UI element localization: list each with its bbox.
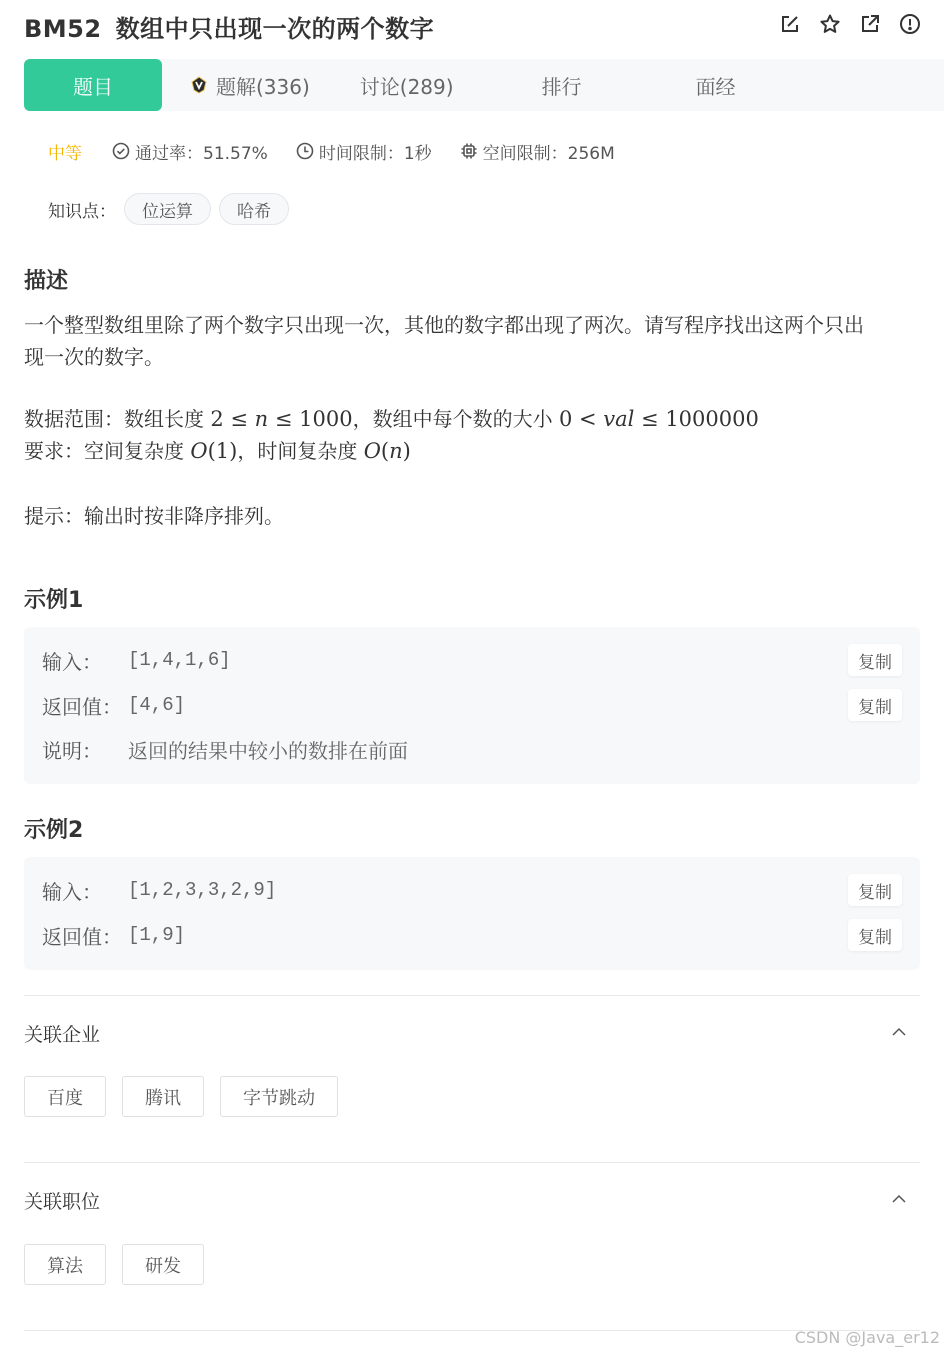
tab-label: 题目 <box>73 71 113 100</box>
share-icon[interactable] <box>858 12 882 36</box>
example-2-heading: 示例2 <box>24 813 83 844</box>
req-mid: ，时间复杂度 <box>237 439 363 463</box>
tab-interview[interactable]: 面经 <box>696 59 736 111</box>
space-limit-text: 空间限制：256M <box>483 139 615 164</box>
input-value: [1,2,3,3,2,9] <box>128 879 276 901</box>
tab-label: 面经 <box>696 71 736 100</box>
problem-code: BM52 <box>24 15 102 43</box>
star-icon[interactable] <box>818 12 842 36</box>
tab-ranking[interactable]: 排行 <box>542 59 582 111</box>
data-range: 数据范围：数组长度 2 ≤ n ≤ 1000，数组中每个数的大小 0 < val… <box>24 403 924 435</box>
output-value: [1,9] <box>128 924 185 946</box>
vip-badge-icon <box>190 76 208 94</box>
company-tag[interactable]: 腾讯 <box>122 1076 204 1117</box>
title-bar: BM52数组中只出现一次的两个数字 <box>24 0 944 52</box>
chip-icon <box>460 142 478 160</box>
divider <box>24 1162 920 1163</box>
difficulty-badge: 中等 <box>48 139 82 164</box>
knowledge-tag[interactable]: 位运算 <box>124 193 211 225</box>
knowledge-points: 知识点： 位运算 哈希 <box>48 193 289 225</box>
input-label: 输入： <box>42 876 128 905</box>
pass-rate-text: 通过率：51.57% <box>135 139 268 164</box>
related-positions-tags: 算法 研发 <box>24 1244 204 1285</box>
related-positions-title: 关联职位 <box>24 1187 100 1214</box>
constraints: 数据范围：数组长度 2 ≤ n ≤ 1000，数组中每个数的大小 0 < val… <box>24 403 924 467</box>
tab-label: 讨论(289) <box>360 71 454 100</box>
range-math: 2 ≤ n ≤ 1000 <box>210 407 352 431</box>
input-value: [1,4,1,6] <box>128 649 231 671</box>
related-companies-tags: 百度 腾讯 字节跳动 <box>24 1076 338 1117</box>
output-label: 返回值： <box>42 921 128 950</box>
input-label: 输入： <box>42 646 128 675</box>
example-input-row: 输入： [1,4,1,6] <box>42 645 231 675</box>
space-complexity: O(1) <box>190 439 237 463</box>
divider <box>24 1330 920 1331</box>
copy-output-button[interactable]: 复制 <box>848 689 902 721</box>
problem-name: 数组中只出现一次的两个数字 <box>116 15 435 43</box>
example-output-row: 返回值： [1,9] <box>42 920 185 950</box>
company-tag[interactable]: 百度 <box>24 1076 106 1117</box>
report-icon[interactable] <box>898 12 922 36</box>
position-tag[interactable]: 研发 <box>122 1244 204 1285</box>
tab-label: 题解(336) <box>216 71 310 100</box>
space-limit: 空间限制：256M <box>460 139 615 164</box>
range-mid: ，数组中每个数的大小 <box>353 407 559 431</box>
example-1-heading: 示例1 <box>24 583 83 614</box>
tab-discussion[interactable]: 讨论(289) <box>360 59 454 111</box>
output-label: 返回值： <box>42 691 128 720</box>
hint-text: 提示：输出时按非降序排列。 <box>24 500 924 532</box>
copy-input-button[interactable]: 复制 <box>848 644 902 676</box>
complexity-requirement: 要求：空间复杂度 O(1)，时间复杂度 O(n) <box>24 435 924 467</box>
related-companies-title: 关联企业 <box>24 1020 100 1047</box>
description-line: 现一次的数字。 <box>24 341 924 373</box>
copy-output-button[interactable]: 复制 <box>848 919 902 951</box>
tab-problem[interactable]: 题目 <box>24 59 162 111</box>
chevron-up-icon[interactable] <box>888 1021 910 1043</box>
time-limit: 时间限制：1秒 <box>296 139 432 164</box>
clock-icon <box>296 142 314 160</box>
example-output-row: 返回值： [4,6] <box>42 690 185 720</box>
req-prefix: 要求：空间复杂度 <box>24 439 190 463</box>
description-heading: 描述 <box>24 264 68 295</box>
check-circle-icon <box>112 142 130 160</box>
time-complexity: O(n) <box>364 439 411 463</box>
range-math-val: 0 < val ≤ 1000000 <box>559 407 759 431</box>
copy-input-button[interactable]: 复制 <box>848 874 902 906</box>
output-value: [4,6] <box>128 694 185 716</box>
tab-label: 排行 <box>542 71 582 100</box>
problem-title: BM52数组中只出现一次的两个数字 <box>24 9 434 44</box>
title-actions <box>778 12 922 36</box>
time-limit-text: 时间限制：1秒 <box>319 139 432 164</box>
knowledge-label: 知识点： <box>48 197 116 222</box>
chevron-up-icon[interactable] <box>888 1188 910 1210</box>
example-1-box: 输入： [1,4,1,6] 复制 返回值： [4,6] 复制 说明： 返回的结果… <box>24 627 920 784</box>
watermark: CSDN @Java_er12 <box>795 1328 940 1347</box>
tab-solutions[interactable]: 题解(336) <box>190 59 310 111</box>
edit-icon[interactable] <box>778 12 802 36</box>
divider <box>24 995 920 996</box>
company-tag[interactable]: 字节跳动 <box>220 1076 338 1117</box>
description-text: 一个整型数组里除了两个数字只出现一次，其他的数字都出现了两次。请写程序找出这两个… <box>24 309 924 373</box>
example-note-row: 说明： 返回的结果中较小的数排在前面 <box>42 734 408 764</box>
note-label: 说明： <box>42 735 128 764</box>
example-2-box: 输入： [1,2,3,3,2,9] 复制 返回值： [1,9] 复制 <box>24 857 920 970</box>
description-line: 一个整型数组里除了两个数字只出现一次，其他的数字都出现了两次。请写程序找出这两个… <box>24 309 924 341</box>
note-value: 返回的结果中较小的数排在前面 <box>128 735 408 764</box>
tab-bar: 题目 题解(336) 讨论(289) 排行 面经 <box>24 59 944 111</box>
problem-meta: 中等 通过率：51.57% 时间限制：1秒 空间限制：256M <box>48 138 643 164</box>
pass-rate: 通过率：51.57% <box>112 139 268 164</box>
example-input-row: 输入： [1,2,3,3,2,9] <box>42 875 276 905</box>
range-prefix: 数据范围：数组长度 <box>24 407 210 431</box>
position-tag[interactable]: 算法 <box>24 1244 106 1285</box>
knowledge-tag[interactable]: 哈希 <box>219 193 289 225</box>
